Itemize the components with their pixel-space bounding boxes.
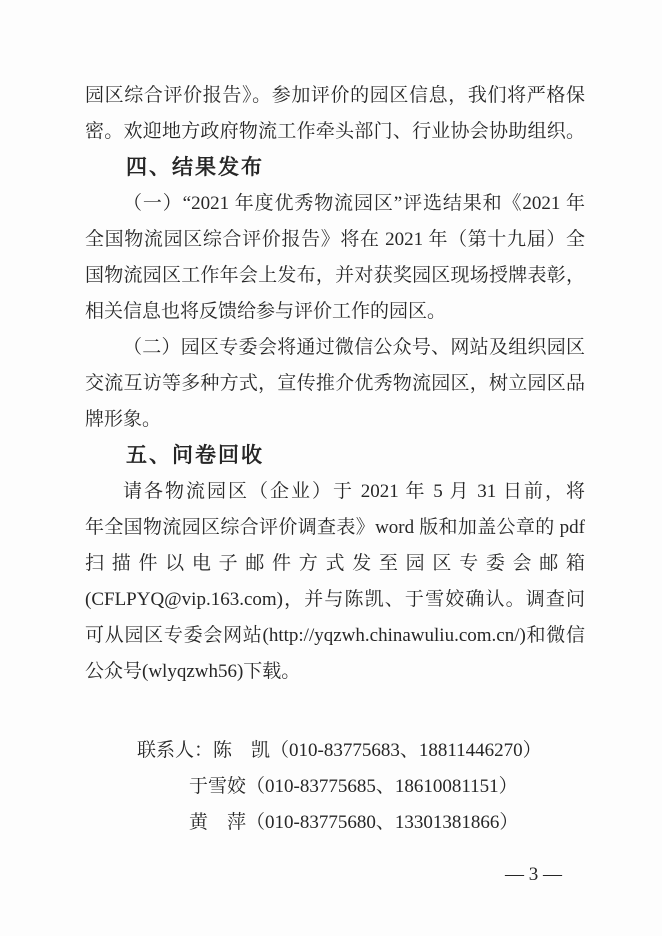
body-line: 牌形象。 (85, 402, 585, 438)
contact-line: 联系人：陈 凯（010-83775683、18811446270） (85, 733, 585, 769)
body-line: 密。欢迎地方政府物流工作牵头部门、行业协会协助组织。 (85, 114, 585, 150)
body-line: 请各物流园区（企业）于 2021 年 5 月 31 日前，将《2021 (85, 474, 585, 510)
contact-entry: 陈 凯（010-83775683、18811446270） (213, 740, 542, 761)
section-4-heading: 四、结果发布 (85, 150, 585, 186)
body-line: （二）园区专委会将通过微信公众号、网站及组织园区 (85, 330, 585, 366)
body-line: 相关信息也将反馈给参与评价工作的园区。 (85, 294, 585, 330)
document-page: 园区综合评价报告》。参加评价的园区信息，我们将严格保 密。欢迎地方政府物流工作牵… (0, 0, 662, 936)
page-number: — 3 — (0, 861, 562, 889)
contact-line: 于雪姣（010-83775685、18610081151） (85, 769, 585, 805)
body-line: 全国物流园区综合评价报告》将在 2021 年（第十九届）全 (85, 222, 585, 258)
body-line: 年全国物流园区综合评价调查表》word 版和加盖公章的 pdf (85, 510, 585, 546)
body-line-email: (CFLPYQ@vip.163.com)，并与陈凯、于雪姣确认。调查问卷 (85, 582, 585, 618)
body-line: 园区综合评价报告》。参加评价的园区信息，我们将严格保 (85, 78, 585, 114)
section-5-heading: 五、问卷回收 (85, 438, 585, 474)
body-line: 交流互访等多种方式，宣传推介优秀物流园区，树立园区品 (85, 366, 585, 402)
body-line: （一）“2021 年度优秀物流园区”评选结果和《2021 年 (85, 186, 585, 222)
body-line: 公众号(wlyqzwh56)下载。 (85, 654, 585, 690)
body-line: 扫描件以电子邮件方式发至园区专委会邮箱 (85, 546, 585, 582)
body-line-website: 可从园区专委会网站(http://yqzwh.chinawuliu.com.cn… (85, 618, 585, 654)
contacts-label: 联系人： (137, 740, 213, 761)
body-line: 国物流园区工作年会上发布，并对获奖园区现场授牌表彰， (85, 258, 585, 294)
paragraph-gap (85, 690, 585, 733)
document-content: 园区综合评价报告》。参加评价的园区信息，我们将严格保 密。欢迎地方政府物流工作牵… (85, 78, 585, 841)
contact-line: 黄 萍（010-83775680、13301381866） (85, 805, 585, 841)
